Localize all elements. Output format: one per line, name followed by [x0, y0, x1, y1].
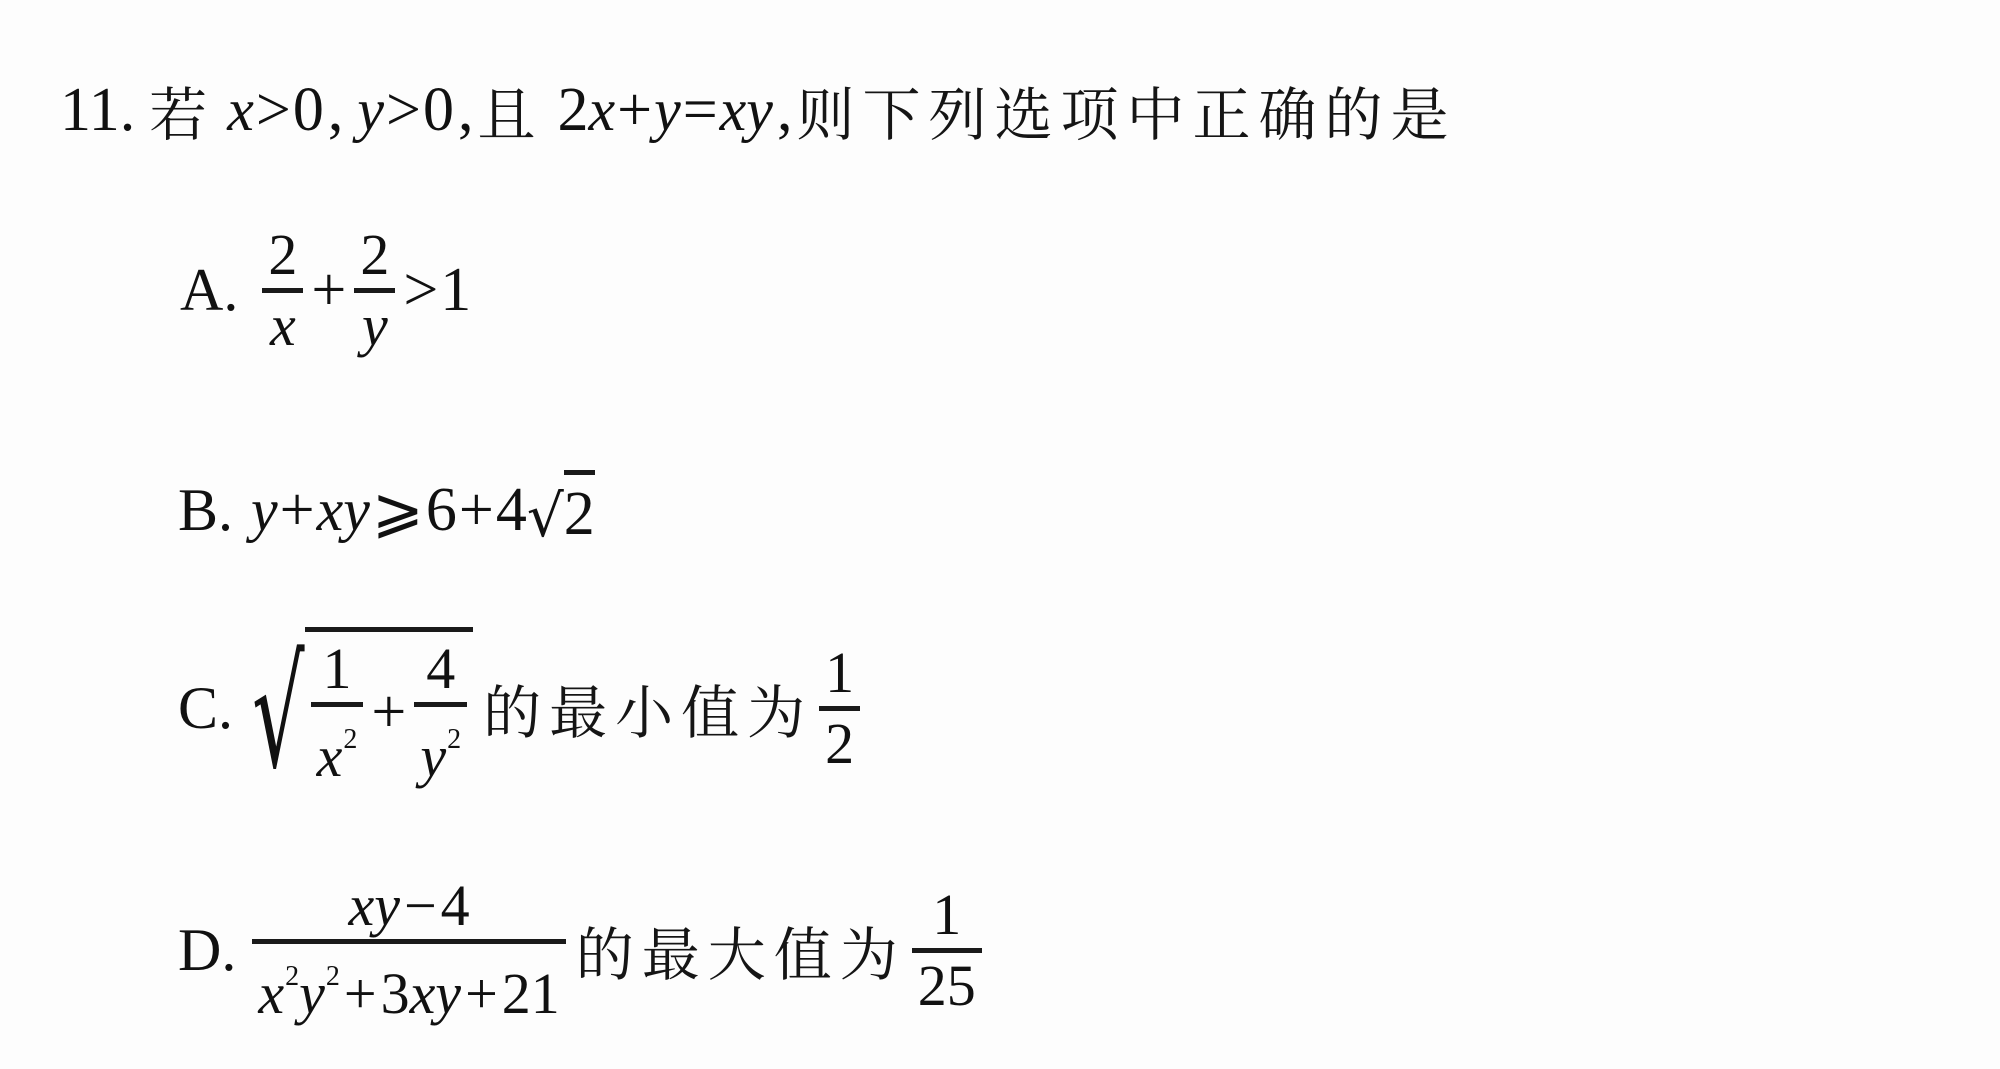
denominator: y: [356, 293, 394, 359]
den-const: 21: [502, 961, 560, 1026]
numerator: 1: [317, 636, 358, 702]
num-xy: xy: [348, 873, 400, 938]
num-const: 4: [441, 873, 470, 938]
option-b: B. y + xy ⩾ 6 + 4 √ 2: [178, 460, 595, 560]
option-b-y: y: [251, 476, 278, 545]
question-stem: 11. 若 x > 0 , y > 0 , 且 2 x + y = xy , 则…: [60, 60, 1456, 160]
radicand-value: 2: [564, 479, 595, 550]
option-b-label: B.: [178, 476, 233, 545]
eq-equals: =: [683, 75, 718, 146]
question-number: 11.: [60, 75, 135, 146]
sep1: ,: [328, 75, 344, 146]
option-b-sqrt: √ 2: [527, 470, 595, 550]
cond2-var: y: [357, 76, 384, 145]
option-b-plus-2: +: [459, 475, 494, 546]
den-y: y: [299, 961, 325, 1026]
option-c-value: 1 2: [819, 640, 860, 777]
num-minus: −: [404, 873, 437, 938]
option-b-coef: 4: [496, 475, 527, 546]
radical-icon: √: [527, 470, 564, 550]
denominator: 25: [912, 953, 982, 1019]
den-plus-2: +: [465, 961, 498, 1026]
sep3: ,: [777, 75, 793, 146]
denominator: x: [264, 293, 302, 359]
eq-x: x: [588, 76, 615, 145]
option-b-rel: ⩾: [372, 473, 424, 547]
option-d-value: 1 25: [912, 882, 982, 1019]
option-b-six: 6: [426, 475, 457, 546]
option-a-fraction-1: 2 x: [262, 222, 303, 359]
eq-y: y: [654, 76, 681, 145]
den-exp: 2: [343, 724, 357, 755]
eq-coef: 2: [557, 75, 588, 146]
option-d-fraction: xy−4 x2y2+3xy+21: [252, 873, 565, 1027]
numerator: 1: [926, 882, 967, 948]
option-a-plus: +: [311, 255, 346, 326]
den-plus-1: +: [344, 961, 377, 1026]
denominator: x2y2+3xy+21: [252, 944, 565, 1027]
denominator: x2: [311, 707, 364, 790]
option-c-fraction-2: 4 y2: [414, 636, 467, 790]
option-c-label: C.: [178, 674, 233, 743]
option-d-text: 的最大值为: [576, 908, 906, 992]
cond1-rel: >: [256, 75, 291, 146]
den-y-exp: 2: [326, 961, 340, 992]
numerator: 1: [819, 640, 860, 706]
den-coef: 3: [381, 961, 410, 1026]
den-x-exp: 2: [285, 961, 299, 992]
radicand: 1 x2 + 4 y2: [305, 627, 473, 790]
option-a-rel: >: [403, 255, 438, 326]
numerator: 2: [354, 222, 395, 288]
and-word: 且: [477, 68, 543, 152]
eq-plus: +: [617, 75, 652, 146]
stem-text: 则下列选项中正确的是: [796, 68, 1456, 152]
numerator: xy−4: [342, 873, 475, 939]
option-d: D. xy−4 x2y2+3xy+21 的最大值为 1 25: [178, 870, 988, 1030]
den-x: x: [258, 961, 284, 1026]
option-c: C. √ 1 x2 + 4 y2 的最小值为 1 2: [178, 608, 866, 808]
stem-prefix: 若: [149, 68, 215, 152]
numerator: 2: [262, 222, 303, 288]
denominator: 2: [819, 711, 860, 777]
den-xy: xy: [410, 961, 462, 1026]
den-exp: 2: [447, 724, 461, 755]
option-a-rhs: 1: [440, 255, 471, 326]
numerator: 4: [420, 636, 461, 702]
cond1-var: x: [227, 76, 254, 145]
eq-rhs: xy: [720, 76, 773, 145]
option-a-label: A.: [180, 256, 238, 325]
radical-icon: √: [252, 627, 305, 790]
den-var: x: [317, 724, 343, 789]
den-var: y: [420, 724, 446, 789]
sep2: ,: [458, 75, 474, 146]
option-a-fraction-2: 2 y: [354, 222, 395, 359]
cond2-val: 0: [423, 75, 454, 146]
radicand: 2: [564, 470, 595, 550]
cond2-rel: >: [386, 75, 421, 146]
option-c-fraction-1: 1 x2: [311, 636, 364, 790]
option-b-xy: xy: [317, 476, 370, 545]
denominator: y2: [414, 707, 467, 790]
option-b-plus-1: +: [280, 475, 315, 546]
option-c-text: 的最小值为: [483, 666, 813, 750]
option-c-plus: +: [371, 677, 406, 748]
cond1-val: 0: [293, 75, 324, 146]
option-c-sqrt: √ 1 x2 + 4 y2: [239, 627, 473, 790]
option-a: A. 2 x + 2 y > 1: [180, 210, 471, 370]
option-d-label: D.: [178, 916, 236, 985]
